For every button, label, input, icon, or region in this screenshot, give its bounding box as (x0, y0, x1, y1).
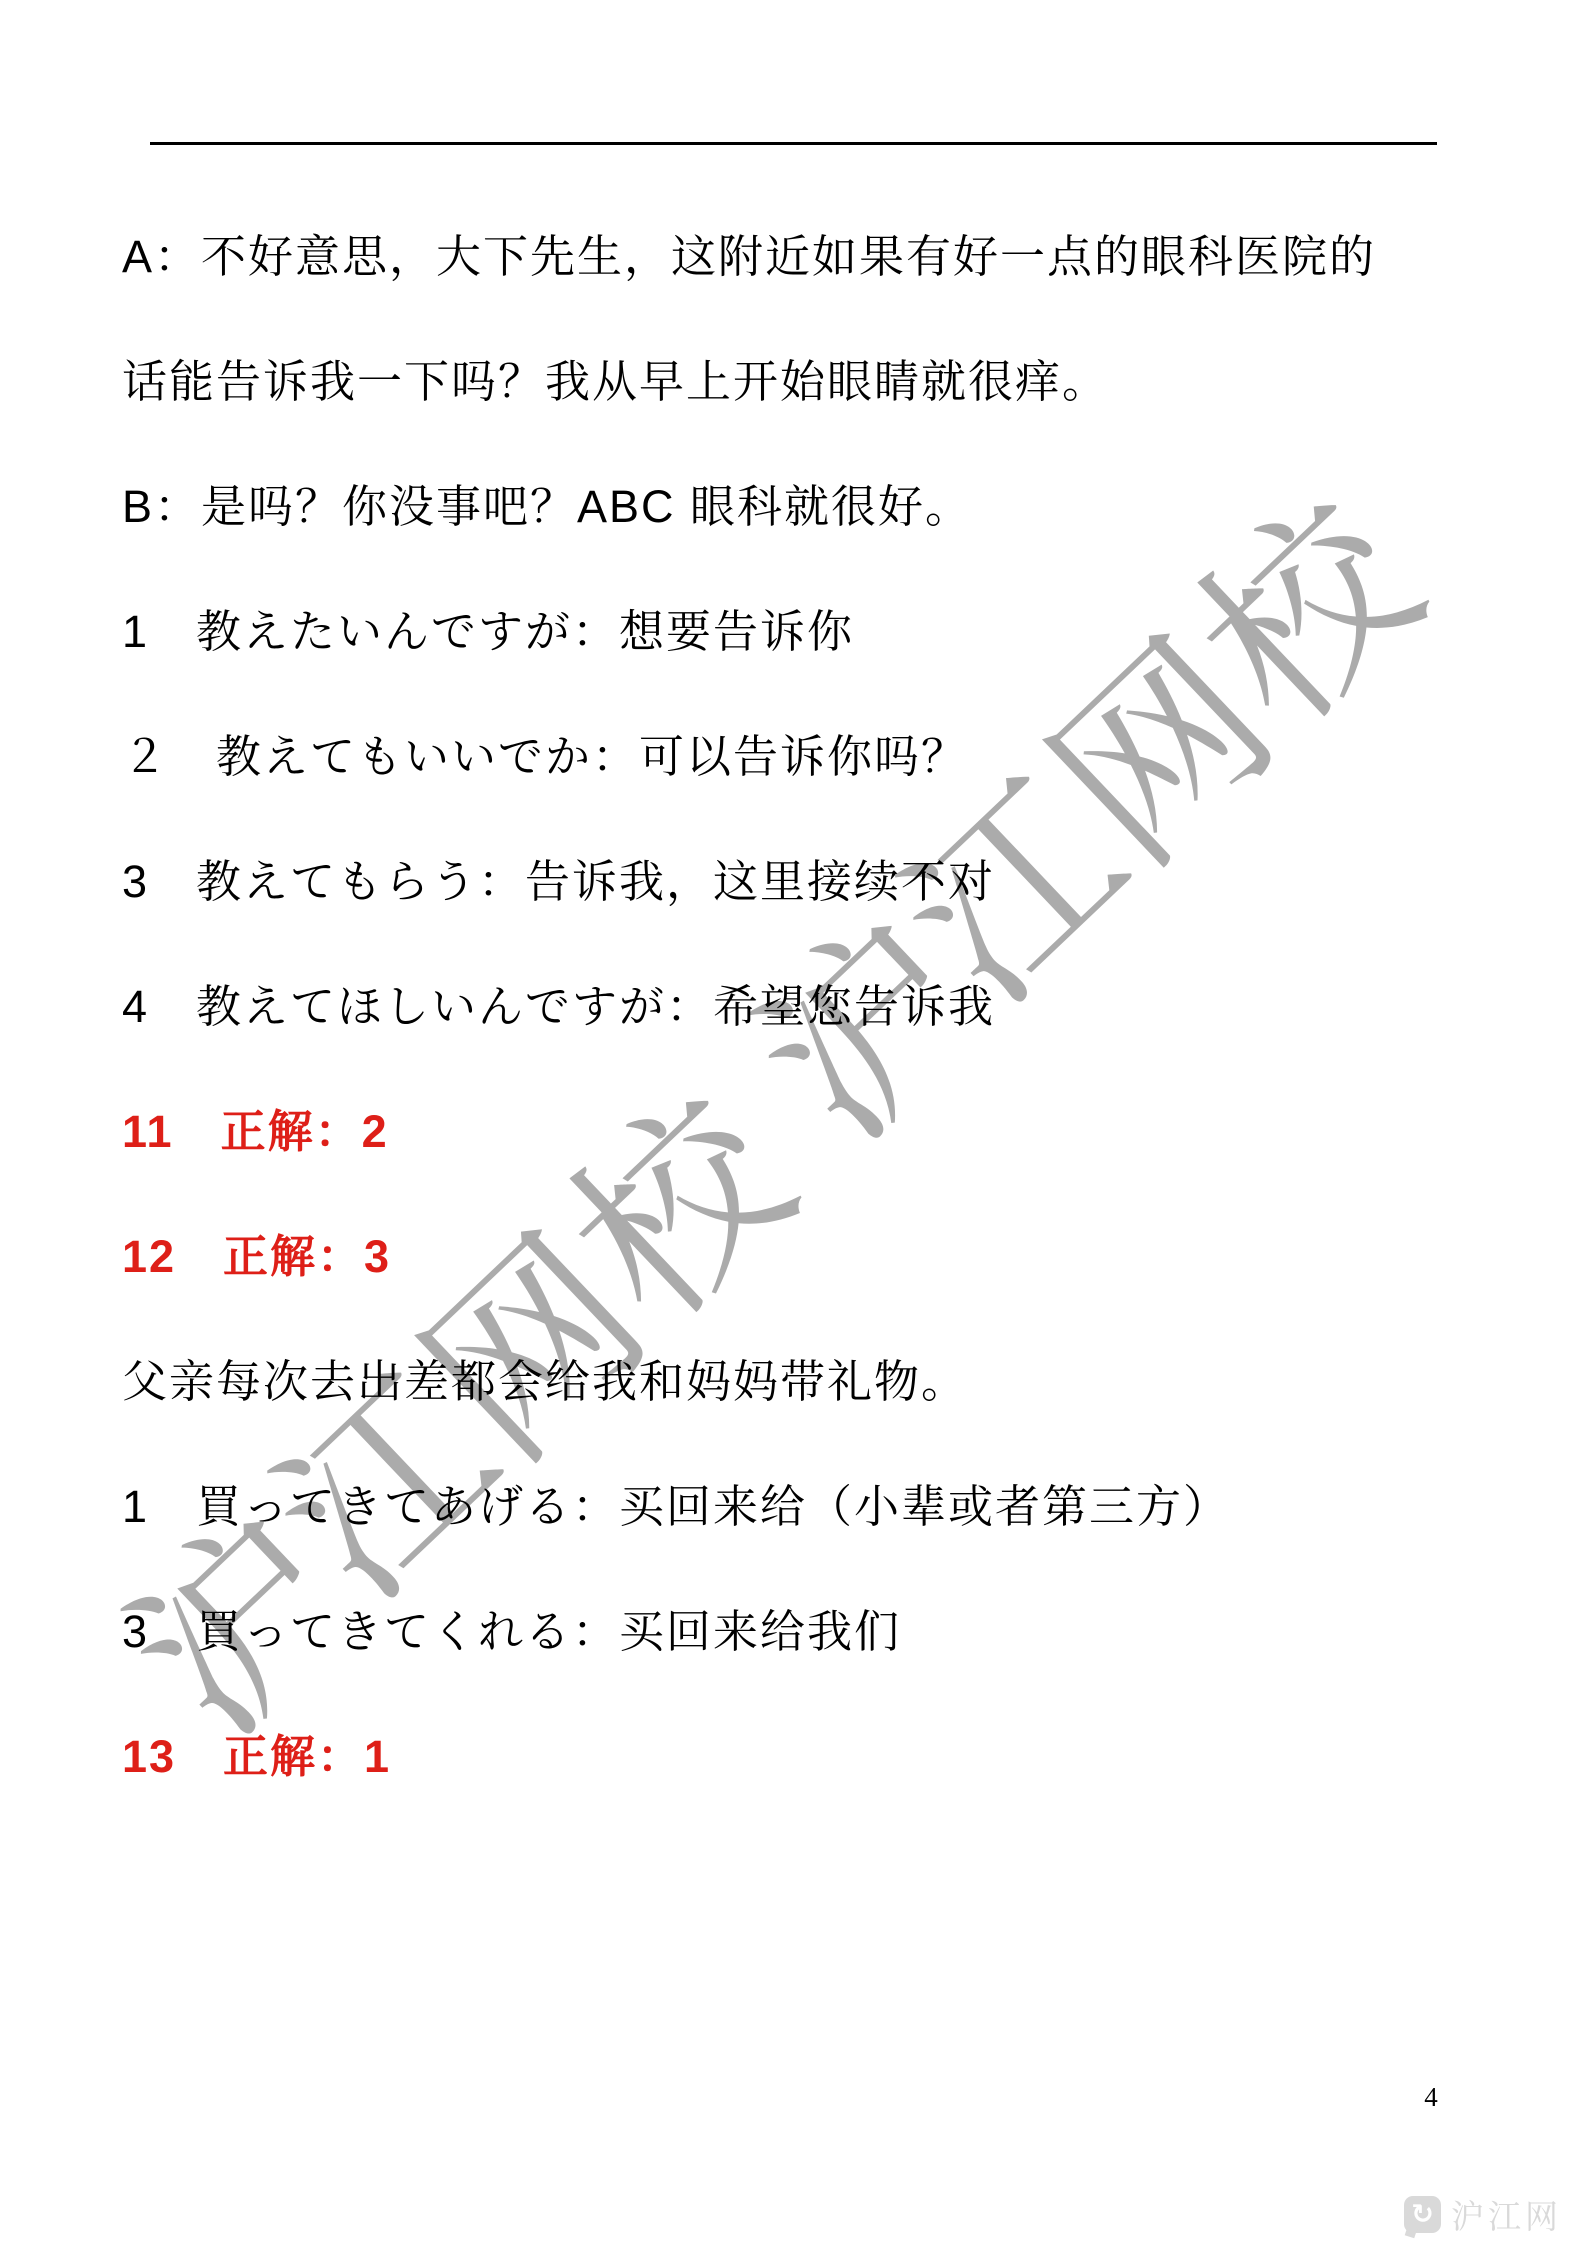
page-number: 4 (1413, 2082, 1449, 2113)
text-line: 3 教えてもらう：告诉我，这里接续不对 (122, 815, 1527, 940)
brand-logo: ↻ 沪江网 (1404, 2191, 1562, 2238)
text-line: A：不好意思，大下先生，这附近如果有好一点的眼科医院的 (122, 190, 1527, 315)
text-line: 12 正解：3 (122, 1190, 1527, 1315)
circular-arrow-glyph: ↻ (1411, 2201, 1434, 2228)
circular-arrow-icon: ↻ (1404, 2196, 1441, 2233)
document-body: A：不好意思，大下先生，这附近如果有好一点的眼科医院的话能告诉我一下吗？我从早上… (122, 190, 1527, 1815)
text-line: 父亲每次去出差都会给我和妈妈带礼物。 (122, 1315, 1527, 1440)
text-line: 1 教えたいんですが：想要告诉你 (122, 565, 1527, 690)
document-page: 沪江网校 沪江网校 A：不好意思，大下先生，这附近如果有好一点的眼科医院的话能告… (0, 0, 1587, 2245)
text-line: 4 教えてほしいんですが：希望您告诉我 (122, 940, 1527, 1065)
text-line: 13 正解：1 (122, 1690, 1527, 1815)
text-line: 11 正解：2 (122, 1065, 1527, 1190)
text-line: ２ 教えてもいいでか：可以告诉你吗？ (122, 690, 1527, 815)
text-line: 3 買ってきてくれる：买回来给我们 (122, 1565, 1527, 1690)
text-line: 1 買ってきてあげる：买回来给（小辈或者第三方） (122, 1440, 1527, 1565)
brand-logo-text: 沪江网 (1451, 2191, 1562, 2238)
text-line: B：是吗？你没事吧？ABC 眼科就很好。 (122, 440, 1527, 565)
header-divider (150, 142, 1437, 145)
text-line: 话能告诉我一下吗？我从早上开始眼睛就很痒。 (122, 315, 1527, 440)
